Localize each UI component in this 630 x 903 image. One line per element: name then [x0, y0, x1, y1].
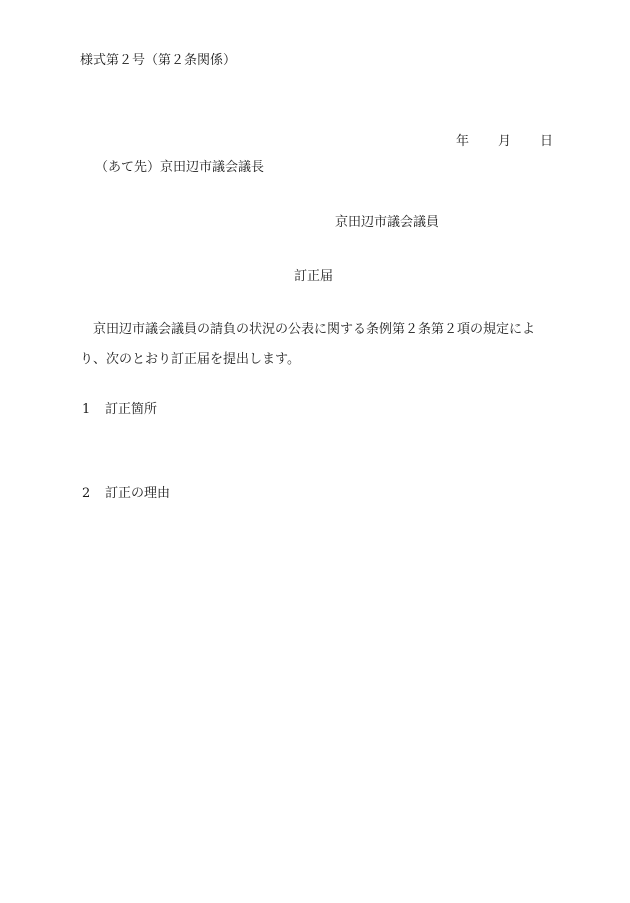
date-month: 月	[498, 134, 511, 150]
date-year: 年	[456, 134, 469, 150]
item-number: 2	[82, 486, 90, 502]
addressee: （あて先）京田辺市議会議長	[95, 160, 264, 176]
document-title: 訂正届	[294, 269, 333, 285]
form-number: 様式第２号（第２条関係）	[80, 53, 236, 69]
item-number: 1	[82, 402, 90, 418]
date-day: 日	[540, 134, 553, 150]
item-label: 訂正の理由	[105, 486, 170, 502]
sender: 京田辺市議会議員	[335, 215, 439, 231]
body-paragraph: 京田辺市議会議員の請負の状況の公表に関する条例第２条第２項の規定により、次のとお…	[80, 315, 555, 375]
item-label: 訂正箇所	[105, 402, 157, 418]
